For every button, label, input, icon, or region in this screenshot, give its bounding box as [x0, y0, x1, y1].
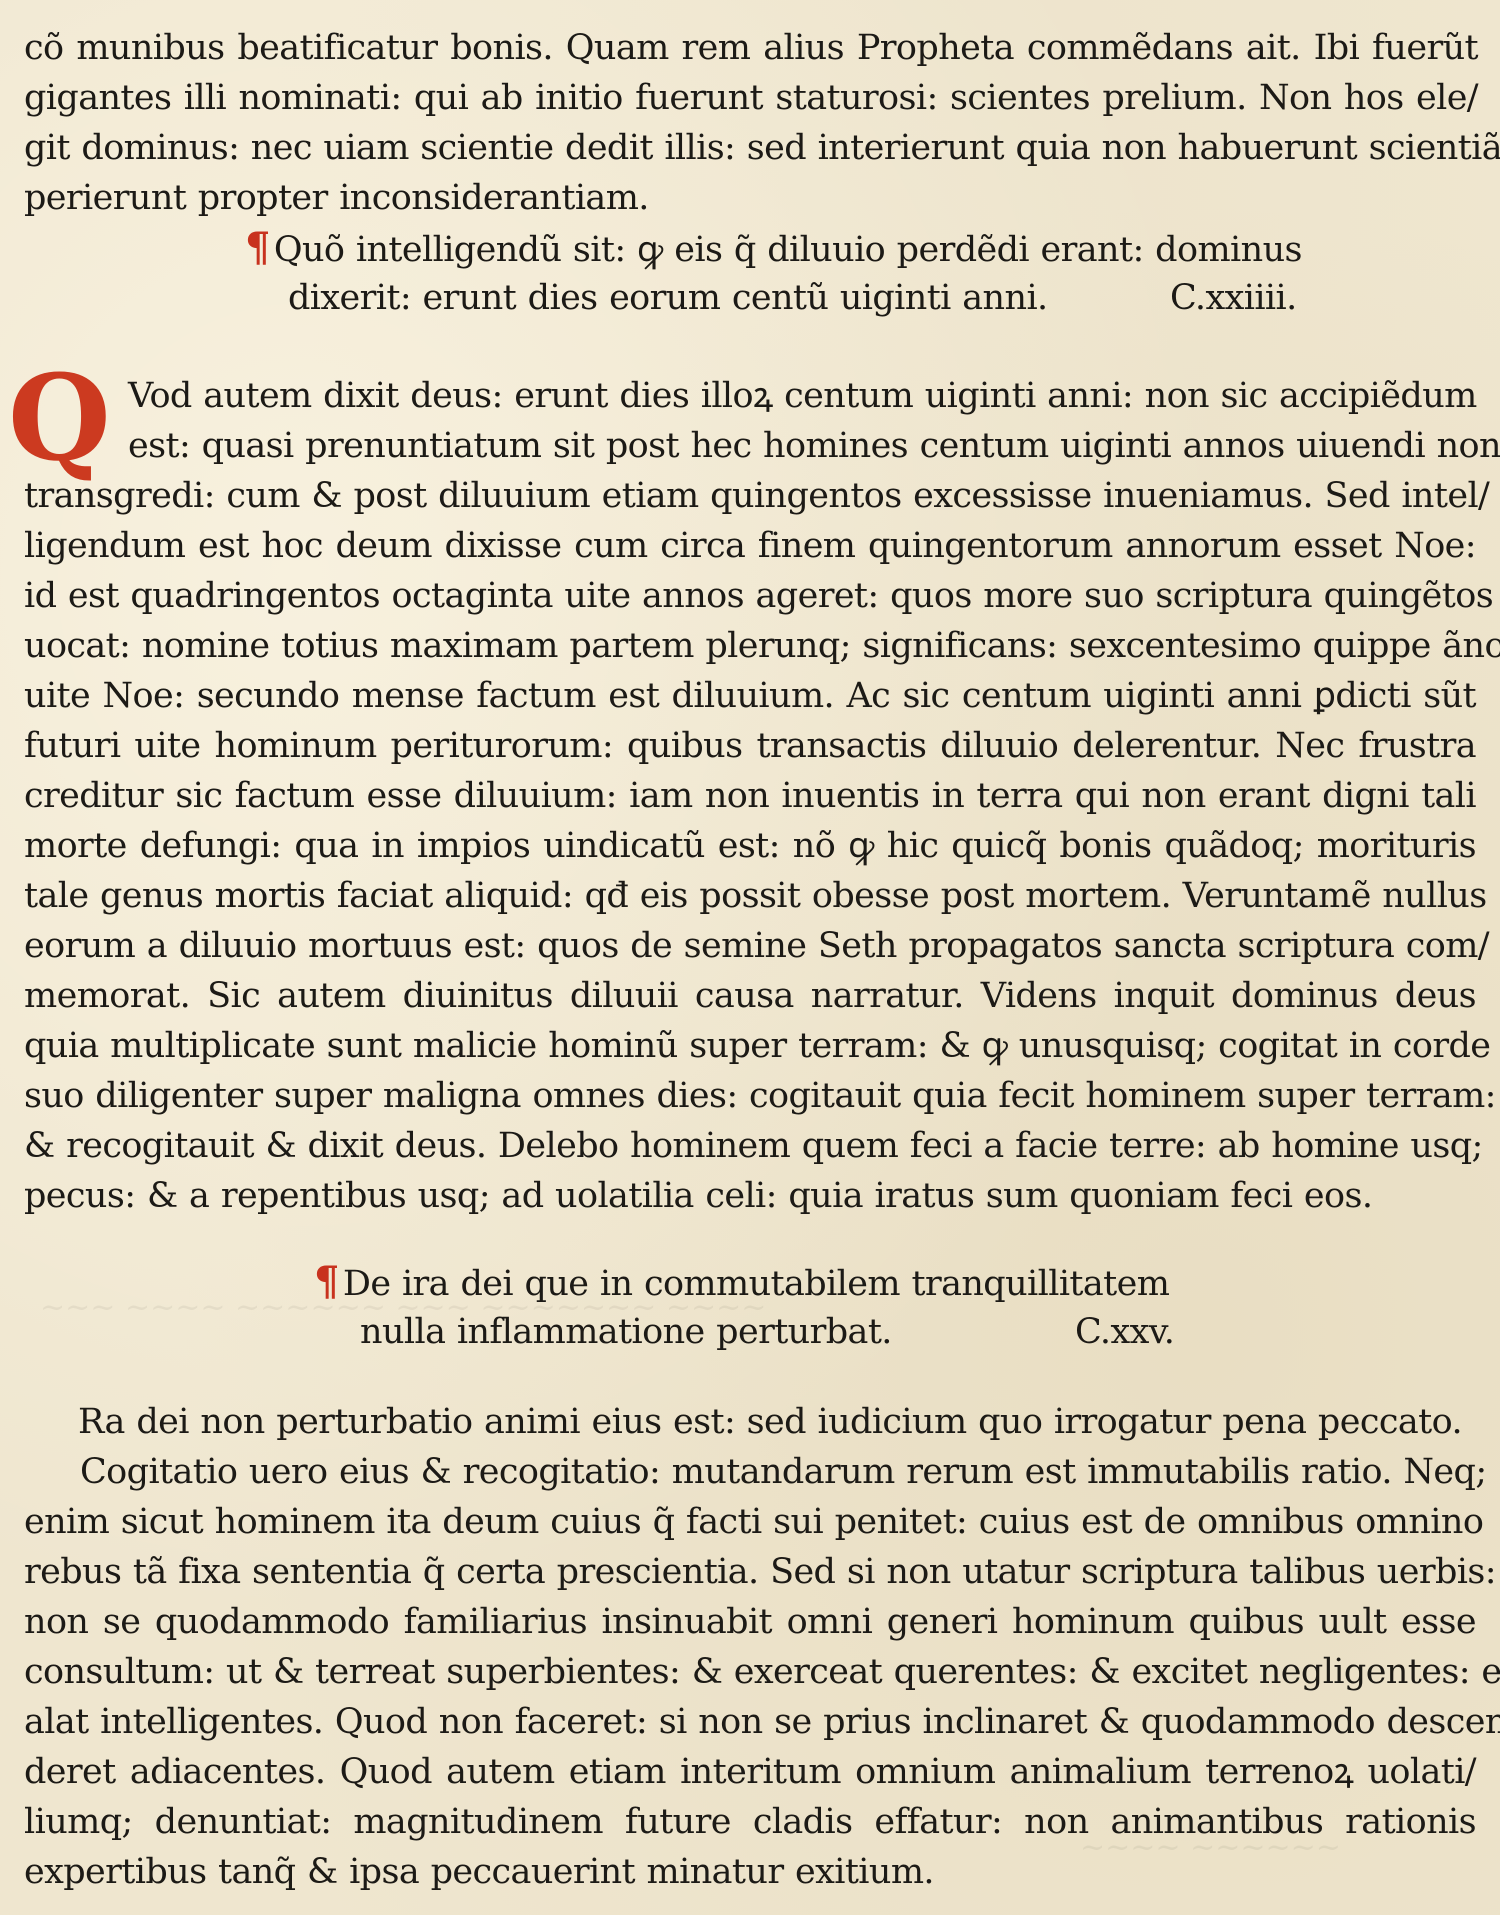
- text-line: Cogitatio uero eius & recogitatio: mutan…: [80, 1452, 1476, 1492]
- text-line: transgredi: cum & post diluuium etiam qu…: [24, 476, 1476, 516]
- text-line: deret adiacentes. Quod autem etiam inter…: [24, 1752, 1476, 1792]
- text-line: est: quasi prenuntiatum sit post hec hom…: [128, 426, 1474, 466]
- text-line: suo diligenter super maligna omnes dies:…: [24, 1076, 1476, 1116]
- book-page: ~~~ ~~~~ ~~~~~~ ~~~ ~~~~~~~ ~~~~ ~~~~ ~~…: [0, 0, 1500, 1915]
- paragraph-mark-icon: ¶: [245, 224, 270, 271]
- heading-line: De ira dei que in commutabilem tranquill…: [343, 1264, 1169, 1304]
- text-line: morte defungi: qua in impios uindicatũ e…: [24, 826, 1476, 866]
- text-line: liumq; denuntiat: magnitudinem future cl…: [24, 1802, 1476, 1842]
- text-line: expertibus tanq̃ & ipsa peccauerint mina…: [24, 1852, 934, 1892]
- heading-line: nulla inflammatione perturbat.: [360, 1312, 892, 1352]
- text-line: uite Noe: secundo mense factum est diluu…: [24, 676, 1476, 716]
- text-line: quia multiplicate sunt malicie hominũ su…: [24, 1026, 1476, 1066]
- text-line: cõ munibus beatificatur bonis. Quam rem …: [24, 28, 1478, 68]
- heading-line: Quõ intelligendũ sit: ꝙ eis q̃ diluuio p…: [274, 230, 1302, 270]
- illuminated-initial: Q: [8, 368, 118, 478]
- chapter-number: C.xxv.: [1075, 1312, 1174, 1352]
- text-line: alat intelligentes. Quod non faceret: si…: [24, 1702, 1476, 1742]
- text-line: eorum a diluuio mortuus est: quos de sem…: [24, 926, 1476, 966]
- text-line: futuri uite hominum periturorum: quibus …: [24, 726, 1476, 766]
- text-line: rebus tã fixa sententia q̃ certa prescie…: [24, 1552, 1476, 1592]
- text-line: memorat. Sic autem diuinitus diluuii cau…: [24, 976, 1476, 1016]
- text-line: git dominus: nec uiam scientie dedit ill…: [24, 128, 1478, 168]
- chapter-number: C.xxiiii.: [1170, 278, 1297, 318]
- text-line: creditur sic factum esse diluuium: iam n…: [24, 776, 1476, 816]
- text-line: non se quodammodo familiarius insinuabit…: [24, 1602, 1476, 1642]
- heading-line: dixerit: erunt dies eorum centũ uiginti …: [288, 278, 1048, 318]
- text-line: perierunt propter inconsiderantiam.: [24, 178, 649, 218]
- text-line: uocat: nomine totius maximam partem pler…: [24, 626, 1476, 666]
- text-line: & recogitauit & dixit deus. Delebo homin…: [24, 1126, 1476, 1166]
- text-line: gigantes illi nominati: qui ab initio fu…: [24, 78, 1478, 118]
- text-line: enim sicut hominem ita deum cuius q̃ fac…: [24, 1502, 1476, 1542]
- paragraph-mark-icon: ¶: [314, 1258, 339, 1305]
- text-line: ligendum est hoc deum dixisse cum circa …: [24, 526, 1476, 566]
- text-line: Vod autem dixit deus: erunt dies illoꝝ c…: [128, 376, 1474, 416]
- text-line: tale genus mortis faciat aliquid: qđ eis…: [24, 876, 1476, 916]
- text-line: pecus: & a repentibus usq; ad uolatilia …: [24, 1176, 1372, 1216]
- text-line: Ra dei non perturbatio animi eius est: s…: [78, 1402, 1454, 1442]
- text-line: consultum: ut & terreat superbientes: & …: [24, 1652, 1476, 1692]
- text-line: id est quadringentos octaginta uite anno…: [24, 576, 1476, 616]
